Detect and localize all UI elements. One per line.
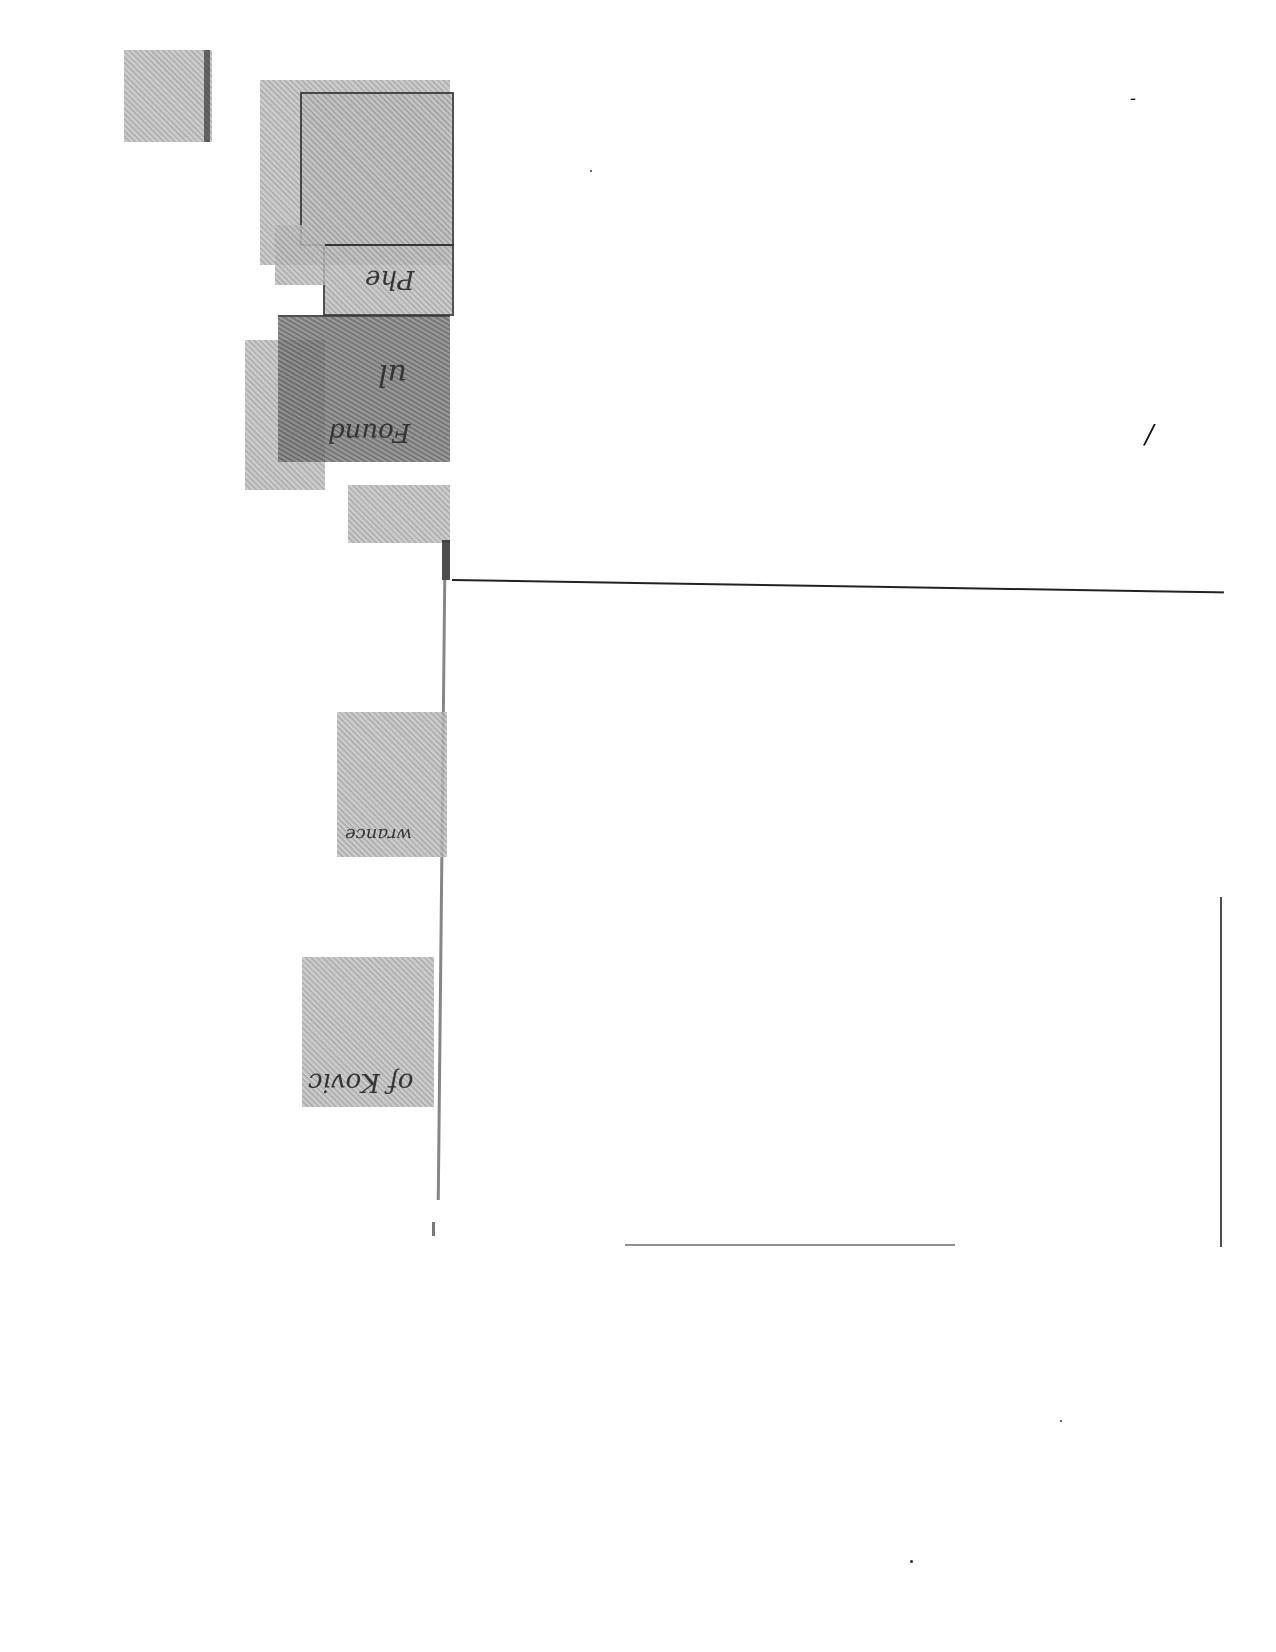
tab-5-label: wrance	[345, 824, 412, 845]
bottom-left-mark	[432, 1222, 435, 1236]
top-right-mark: -	[1130, 88, 1136, 109]
tab-3-label-b: Found	[328, 417, 410, 447]
top-left-scan-patch	[124, 50, 212, 142]
tab-1	[300, 92, 454, 246]
speck	[1060, 1420, 1062, 1422]
folder-horizontal-line	[452, 579, 1224, 593]
speck	[910, 1560, 913, 1563]
tab-6-label: of Kovic	[308, 1067, 414, 1097]
right-vertical-line	[1220, 897, 1222, 1247]
tab-5: wrance	[337, 712, 447, 857]
folder-spine-top	[442, 540, 450, 580]
patch-edge	[204, 50, 210, 142]
tab-3-label-a: ul	[378, 357, 407, 392]
tab-3: ul Found	[278, 315, 450, 462]
tab-4-strip	[348, 485, 450, 543]
tab-stack-side	[275, 225, 325, 285]
folder-spine	[437, 580, 446, 1200]
tab-6: of Kovic	[302, 957, 434, 1107]
right-margin-mark: /	[1145, 420, 1154, 450]
tab-2-label: Phe	[365, 264, 415, 294]
speck	[590, 170, 592, 172]
tab-2: Phe	[323, 244, 454, 316]
bottom-line	[625, 1244, 955, 1246]
